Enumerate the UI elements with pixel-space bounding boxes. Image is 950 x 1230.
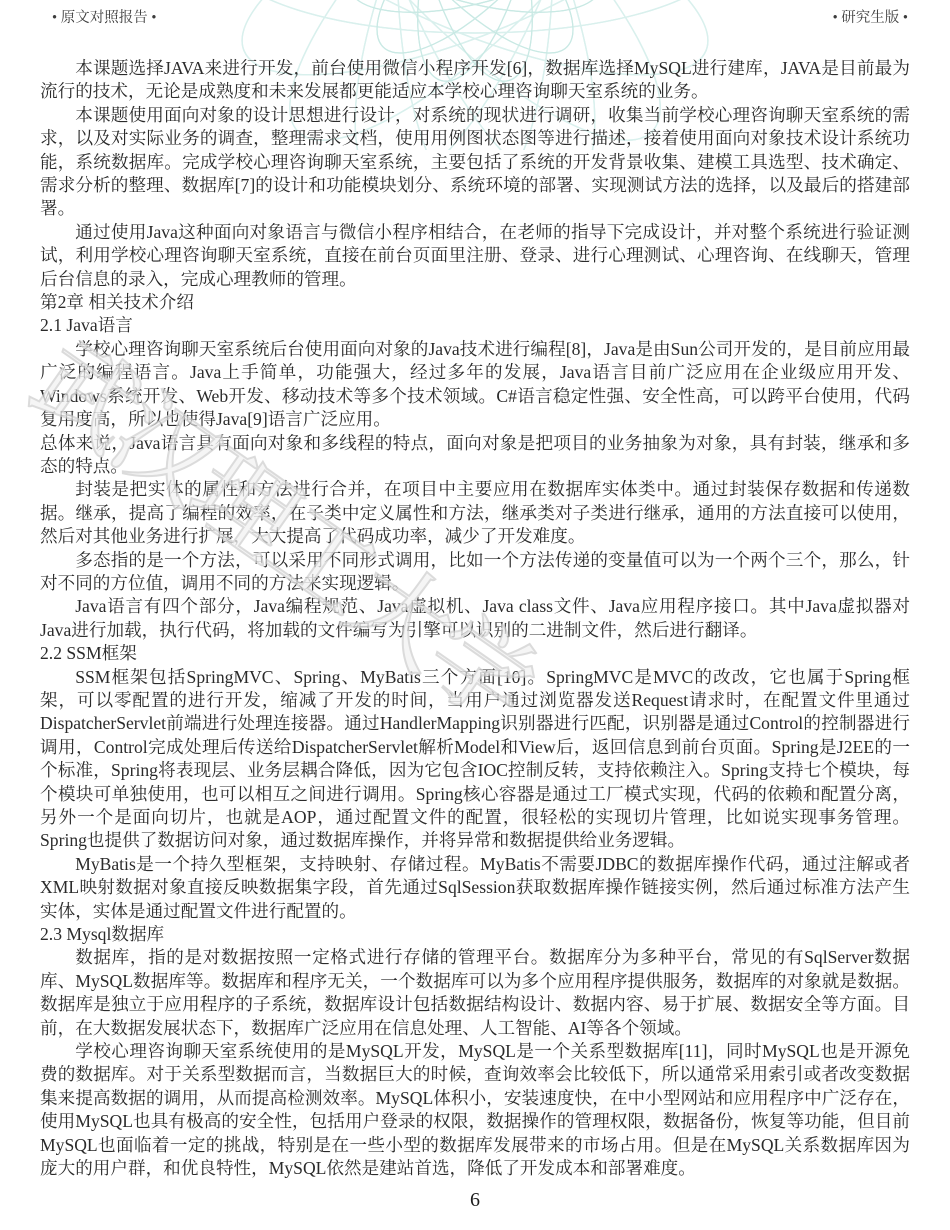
paragraph: 数据库，指的是对数据按照一定格式进行存储的管理平台。数据库分为多种平台，常见的有… — [40, 946, 910, 1040]
paragraph: 通过使用Java这种面向对象语言与微信小程序相结合，在老师的指导下完成设计，并对… — [40, 221, 910, 291]
paragraph: 本课题选择JAVA来进行开发，前台使用微信小程序开发[6]，数据库选择MySQL… — [40, 57, 910, 104]
header-right-label: • 研究生版 • — [833, 8, 908, 28]
paragraph: MyBatis是一个持久型框架，支持映射、存储过程。MyBatis不需要JDBC… — [40, 853, 910, 923]
section-heading: 2.2 SSM框架 — [40, 642, 910, 665]
paragraph: 总体来说，Java语言具有面向对象和多线程的特点，面向对象是把项目的业务抽象为对… — [40, 432, 910, 479]
section-heading: 2.1 Java语言 — [40, 314, 910, 337]
page-header: • 原文对照报告 • • 研究生版 • — [0, 8, 950, 28]
paragraph: 封装是把实体的属性和方法进行合并，在项目中主要应用在数据库实体类中。通过封装保存… — [40, 478, 910, 548]
paragraph: 本课题使用面向对象的设计思想进行设计，对系统的现状进行调研，收集当前学校心理咨询… — [40, 104, 910, 221]
report-page: • 原文对照报告 • • 研究生版 • 武汉理工大学 本课题选择JAVA来进行开… — [0, 0, 950, 1230]
paragraph: 学校心理咨询聊天室系统后台使用面向对象的Java技术进行编程[8]，Java是由… — [40, 338, 910, 432]
section-heading: 第2章 相关技术介绍 — [40, 291, 910, 314]
page-number: 6 — [0, 1189, 950, 1212]
paragraph: SSM框架包括SpringMVC、Spring、MyBatis三个方面[10]。… — [40, 666, 910, 853]
paragraph: Java语言有四个部分，Java编程规范、Java虚拟机、Java class文… — [40, 595, 910, 642]
document-body: 本课题选择JAVA来进行开发，前台使用微信小程序开发[6]，数据库选择MySQL… — [40, 57, 910, 1181]
section-heading: 2.3 Mysql数据库 — [40, 923, 910, 946]
header-left-label: • 原文对照报告 • — [52, 8, 156, 28]
paragraph: 学校心理咨询聊天室系统使用的是MySQL开发，MySQL是一个关系型数据库[11… — [40, 1040, 910, 1180]
paragraph: 多态指的是一个方法，可以采用不同形式调用，比如一个方法传递的变量值可以为一个两个… — [40, 549, 910, 596]
